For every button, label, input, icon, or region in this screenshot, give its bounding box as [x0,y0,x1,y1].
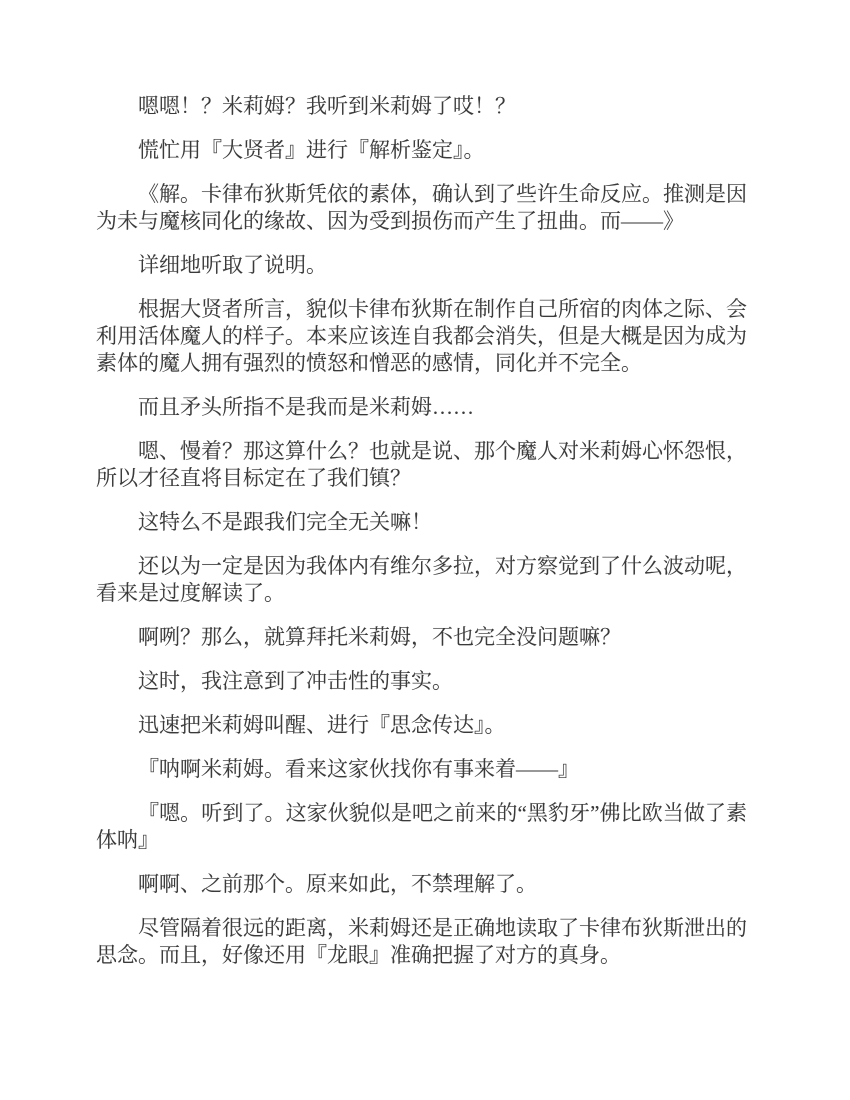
paragraph-07: 嗯、慢着？那这算什么？也就是说、那个魔人对米莉姆心怀怨恨，所以才径直将目标定在了… [96,438,747,492]
paragraph-10: 啊咧？那么，就算拜托米莉姆，不也完全没问题嘛？ [96,624,747,651]
novel-page: 嗯嗯！？米莉姆？我听到米莉姆了哎！？ 慌忙用『大贤者』进行『解析鉴定』。 《解。… [0,0,850,1100]
paragraph-05: 根据大贤者所言，貌似卡律布狄斯在制作自己所宿的肉体之际、会利用活体魔人的样子。本… [96,296,747,377]
paragraph-15: 啊啊、之前那个。原来如此，不禁理解了。 [96,871,747,898]
paragraph-06: 而且矛头所指不是我而是米莉姆…… [96,394,747,421]
paragraph-14: 『嗯。听到了。这家伙貌似是吧之前来的“黑豹牙”佛比欧当做了素体呐』 [96,800,747,854]
paragraph-01: 嗯嗯！？米莉姆？我听到米莉姆了哎！？ [96,93,747,120]
paragraph-02: 慌忙用『大贤者』进行『解析鉴定』。 [96,137,747,164]
paragraph-03: 《解。卡律布狄斯凭依的素体，确认到了些许生命反应。推测是因为未与魔核同化的缘故、… [96,181,747,235]
paragraph-04: 详细地听取了说明。 [96,252,747,279]
paragraph-08: 这特么不是跟我们完全无关嘛！ [96,509,747,536]
paragraph-16: 尽管隔着很远的距离，米莉姆还是正确地读取了卡律布狄斯泄出的思念。而且，好像还用『… [96,915,747,969]
novel-reader-body: { "page": { "background_color": "#ffffff… [0,0,850,1100]
paragraph-12: 迅速把米莉姆叫醒、进行『思念传达』。 [96,712,747,739]
paragraph-09: 还以为一定是因为我体内有维尔多拉，对方察觉到了什么波动呢，看来是过度解读了。 [96,553,747,607]
paragraph-11: 这时，我注意到了冲击性的事实。 [96,668,747,695]
paragraph-13: 『呐啊米莉姆。看来这家伙找你有事来着——』 [96,756,747,783]
